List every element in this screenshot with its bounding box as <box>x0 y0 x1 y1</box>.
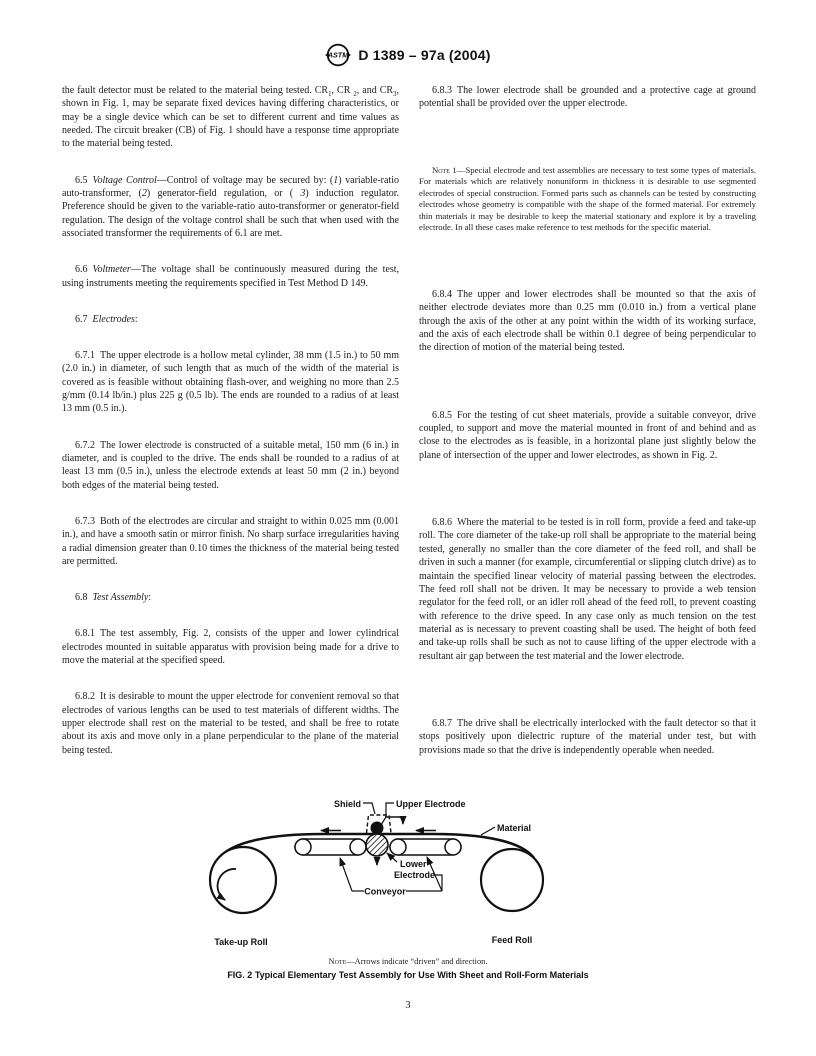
body-paragraph: 6.5 Voltage Control—Control of voltage m… <box>62 174 399 241</box>
upper-electrode-label: Upper Electrode <box>396 799 466 809</box>
figure-caption: FIG. 2 Typical Elementary Test Assembly … <box>0 970 816 980</box>
note-paragraph: Note 1—Special electrode and test assemb… <box>419 165 756 234</box>
conveyor-left <box>295 839 366 855</box>
conveyor-label: Conveyor <box>364 887 406 897</box>
figure-note-label: Note <box>329 957 347 966</box>
figure-2: Shield Upper Electrode Material Lower El… <box>0 765 816 980</box>
lower-electrode <box>366 834 388 856</box>
feed-roll-label: Feed Roll <box>492 935 533 945</box>
body-columns: the fault detector must be related to th… <box>62 84 756 757</box>
test-assembly-diagram: Shield Upper Electrode Material Lower El… <box>123 765 693 955</box>
body-paragraph: the fault detector must be related to th… <box>62 84 399 151</box>
lower-electrode-label-line2: Electrode <box>394 870 435 880</box>
page-number: 3 <box>0 1000 816 1011</box>
shield-label: Shield <box>334 799 361 809</box>
body-paragraph: 6.8.4 The upper and lower electrodes sha… <box>419 288 756 355</box>
material-label: Material <box>497 823 531 833</box>
page-header: ASTM D 1389 – 97a (2004) <box>0 42 816 68</box>
take-up-roll <box>210 847 276 913</box>
take-up-roll-label: Take-up Roll <box>214 937 267 947</box>
conveyor-right <box>390 839 461 855</box>
body-paragraph: 6.7 Electrodes: <box>62 313 399 326</box>
body-paragraph: 6.8.3 The lower electrode shall be groun… <box>419 84 756 111</box>
body-paragraph: 6.8.2 It is desirable to mount the upper… <box>62 690 399 757</box>
svg-text:ASTM: ASTM <box>327 51 349 60</box>
standard-designation: D 1389 – 97a (2004) <box>358 47 490 63</box>
body-paragraph: 6.8.7 The drive shall be electrically in… <box>419 717 756 757</box>
figure-note: Note—Arrows indicate “driven” and direct… <box>0 957 816 966</box>
body-paragraph: 6.7.3 Both of the electrodes are circula… <box>62 515 399 568</box>
astm-logo-icon: ASTM <box>325 42 351 68</box>
right-column: 6.8.3 The lower electrode shall be groun… <box>419 84 756 757</box>
body-paragraph: 6.8 Test Assembly: <box>62 591 399 604</box>
left-column: the fault detector must be related to th… <box>62 84 399 757</box>
body-paragraph: 6.6 Voltmeter—The voltage shall be conti… <box>62 263 399 290</box>
upper-electrode-driven-arrow <box>385 817 403 824</box>
body-paragraph: 6.8.5 For the testing of cut sheet mater… <box>419 409 756 462</box>
feed-roll <box>481 849 543 911</box>
body-paragraph: 6.7.2 The lower electrode is constructed… <box>62 439 399 492</box>
lower-electrode-label-line1: Lower <box>400 859 427 869</box>
document-page: ASTM D 1389 – 97a (2004) the fault detec… <box>0 0 816 1056</box>
figure-note-text: —Arrows indicate “driven” and direction. <box>346 957 487 966</box>
body-paragraph: 6.8.6 Where the material to be tested is… <box>419 516 756 663</box>
body-paragraph: 6.7.1 The upper electrode is a hollow me… <box>62 349 399 416</box>
body-paragraph: 6.8.1 The test assembly, Fig. 2, consist… <box>62 627 399 667</box>
